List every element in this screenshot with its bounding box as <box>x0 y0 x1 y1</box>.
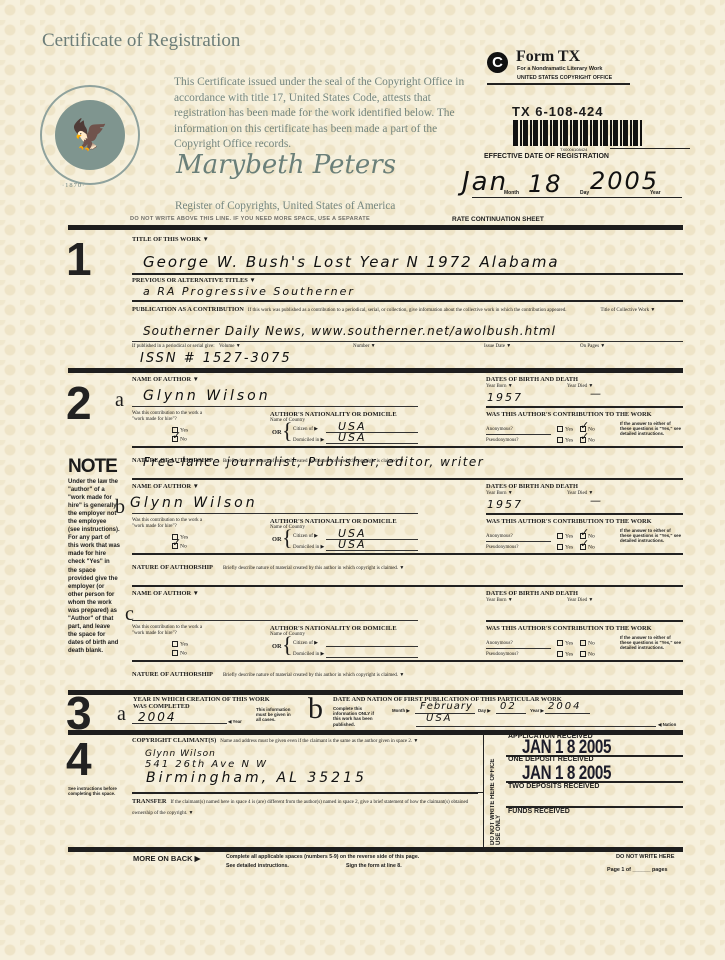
divider <box>132 341 683 342</box>
claimant-city-field[interactable]: Birmingham, AL 35215 <box>146 770 367 786</box>
author-name-field[interactable]: Glynn Wilson <box>130 495 258 511</box>
hire-question: Was this contribution to the work a "wor… <box>132 518 212 530</box>
divider <box>486 513 683 515</box>
anonymous-label: Anonymous? <box>486 427 513 432</box>
periodical-label: If published in a periodical or serial g… <box>132 344 215 349</box>
checkbox-icon <box>172 436 178 442</box>
divider <box>132 585 683 587</box>
year-label: ◀ Year <box>228 719 242 724</box>
claimant-heading: COPYRIGHT CLAIMANT(S) Name and address m… <box>132 734 478 745</box>
divider <box>487 83 630 85</box>
hire-no-checkbox[interactable]: No <box>172 650 187 656</box>
anonymous-label: Anonymous? <box>486 641 513 646</box>
divider <box>486 406 683 408</box>
transfer-heading: TRANSFER If the claimant(s) named here i… <box>132 795 478 817</box>
brace: { <box>282 420 293 442</box>
dates-label: DATES OF BIRTH AND DEATH <box>486 483 578 490</box>
contribution-note: If the answer to either of these questio… <box>620 528 682 544</box>
anonymous-yes-checkbox[interactable]: Yes <box>557 640 573 646</box>
month-label: Month ▶ <box>392 708 410 713</box>
nationality-label: AUTHOR'S NATIONALITY OR DOMICILE <box>270 518 397 525</box>
divider <box>132 723 227 724</box>
anonymous-yes-checkbox[interactable]: Yes <box>557 533 573 539</box>
checkbox-icon <box>580 640 586 646</box>
publication-nation-field[interactable]: USA <box>426 713 453 724</box>
year-label: Year ▶ <box>530 708 544 713</box>
dates-label: DATES OF BIRTH AND DEATH <box>486 590 578 597</box>
note-title: NOTE <box>68 456 117 478</box>
citizen-label: Citizen of ▶ <box>293 426 318 432</box>
or-label: OR <box>272 536 282 543</box>
publication-month-field[interactable]: February <box>420 701 473 712</box>
author-name-label: NAME OF AUTHOR ▼ <box>132 483 199 490</box>
effective-year: 2005 <box>590 167 659 195</box>
nationality-label: AUTHOR'S NATIONALITY OR DOMICILE <box>270 625 397 632</box>
continuation-sheet-note: RATE CONTINUATION SHEET <box>452 216 544 223</box>
divider <box>416 726 656 727</box>
claimant-address-field[interactable]: 541 26th Ave N W <box>145 759 268 770</box>
title-field[interactable]: George W. Bush's Lost Year N 1972 Alabam… <box>143 253 560 271</box>
nature-desc: Briefly describe nature of material crea… <box>223 673 404 678</box>
register-signature: Marybeth Peters <box>176 150 396 180</box>
year-died-label: Year Died ▼ <box>567 598 593 603</box>
hire-no-checkbox[interactable]: No <box>172 543 187 549</box>
registration-number: TX 6-108-424 <box>512 104 604 119</box>
month-label: Month <box>504 190 519 196</box>
publication-desc: If this work was published as a contribu… <box>248 308 567 313</box>
author-name-label: NAME OF AUTHOR ▼ <box>132 376 199 383</box>
publication-day-field[interactable]: 02 <box>500 701 517 712</box>
divider <box>326 550 418 551</box>
checkbox-icon <box>557 437 563 443</box>
year-born-label: Year Born ▼ <box>486 491 513 496</box>
divider <box>326 443 418 444</box>
or-label: OR <box>272 643 282 650</box>
hire-no-checkbox[interactable]: No <box>172 436 187 442</box>
section-3a-letter: a <box>117 703 126 726</box>
contribution-label: WAS THIS AUTHOR'S CONTRIBUTION TO THE WO… <box>486 625 686 632</box>
contribution-note: If the answer to either of these questio… <box>620 421 682 437</box>
pseudonymous-label: Pseudonymous? <box>486 438 519 443</box>
year-died-field[interactable]: — <box>590 387 603 400</box>
claimant-desc: Name and address must be given even if t… <box>220 739 418 744</box>
collective-label: Title of Collective Work ▼ <box>600 308 655 313</box>
domiciled-label: Domiciled in ▶ <box>293 437 324 443</box>
publication-contribution: PUBLICATION AS A CONTRIBUTION If this wo… <box>132 303 683 314</box>
section-4-number: 4 <box>66 736 92 782</box>
publication-note: Complete this information ONLY if this w… <box>333 706 375 727</box>
note-text: Under the law the "author" of a "work ma… <box>68 478 120 655</box>
form-name: Form TX <box>516 48 580 66</box>
hire-question: Was this contribution to the work a "wor… <box>132 411 212 423</box>
section-3b-letter: b <box>308 694 323 724</box>
barcode <box>513 120 643 146</box>
form-office: UNITED STATES COPYRIGHT OFFICE <box>517 75 612 81</box>
eagle-icon: 🦅 <box>55 100 125 170</box>
date-line <box>472 197 682 198</box>
divider <box>132 620 418 621</box>
publication-year-field[interactable]: 2004 <box>548 701 581 712</box>
two-deposits-label: TWO DEPOSITS RECEIVED <box>508 783 599 790</box>
year-died-field[interactable]: — <box>590 494 603 507</box>
divider <box>326 646 418 647</box>
footer-instructions: Complete all applicable spaces (numbers … <box>226 854 419 860</box>
citizen-label: Citizen of ▶ <box>293 533 318 539</box>
divider <box>132 273 683 275</box>
transfer-label: TRANSFER <box>132 798 166 805</box>
publication-label: PUBLICATION AS A CONTRIBUTION <box>132 306 244 313</box>
top-instruction: DO NOT WRITE ABOVE THIS LINE. IF YOU NEE… <box>130 216 370 222</box>
domiciled-label: Domiciled in ▶ <box>293 651 324 657</box>
claimant-label: COPYRIGHT CLAIMANT(S) <box>132 737 216 744</box>
nature-field[interactable]: Free-lance journalist, Publisher, editor… <box>143 455 484 469</box>
checkbox-icon <box>580 437 586 443</box>
hire-yes-checkbox[interactable]: Yes <box>172 641 188 647</box>
day-label: Day <box>580 190 589 196</box>
page-count: Page 1 of ______ pages <box>607 867 668 873</box>
anonymous-no-checkbox[interactable]: No <box>580 640 595 646</box>
brace: { <box>282 634 293 656</box>
certificate-title: Certificate of Registration <box>42 30 240 52</box>
pseudonymous-yes-checkbox[interactable]: Yes <box>557 651 573 657</box>
nature-label: NATURE OF AUTHORSHIP <box>132 671 213 678</box>
contribution-label: WAS THIS AUTHOR'S CONTRIBUTION TO THE WO… <box>486 411 686 418</box>
nationality-label: AUTHOR'S NATIONALITY OR DOMICILE <box>270 411 397 418</box>
pseudonymous-yes-checkbox[interactable]: Yes <box>557 544 573 550</box>
author-letter: b <box>115 496 125 519</box>
divider <box>486 541 551 542</box>
section-divider <box>68 847 683 852</box>
divider <box>486 648 551 649</box>
section-divider <box>68 225 683 230</box>
issn-field[interactable]: ISSN # 1527-3075 <box>140 351 292 366</box>
divider <box>326 657 418 658</box>
or-label: OR <box>272 429 282 436</box>
year-label: Year <box>650 190 661 196</box>
nature-desc: Briefly describe nature of material crea… <box>223 566 404 571</box>
register-title: Register of Copyrights, United States of… <box>175 200 395 212</box>
divider <box>132 553 683 555</box>
transfer-desc: If the claimant(s) named here in space 4… <box>132 800 468 816</box>
author-letter: a <box>115 389 124 412</box>
divider <box>478 792 484 793</box>
divider <box>132 660 683 662</box>
year-born-label: Year Born ▼ <box>486 598 513 603</box>
nature-label: NATURE OF AUTHORSHIP <box>132 564 213 571</box>
year-born-field[interactable]: 1957 <box>487 391 523 404</box>
nature-heading: NATURE OF AUTHORSHIP Briefly describe na… <box>132 556 404 574</box>
one-deposit-label: ONE DEPOSIT RECEIVED <box>508 756 594 763</box>
section-divider <box>68 368 683 373</box>
divider <box>486 620 683 622</box>
pseudonymous-label: Pseudonymous? <box>486 652 519 657</box>
year-info-note: This information must be given in all ca… <box>256 707 294 723</box>
seal-year: ·1870· <box>62 182 85 189</box>
section-divider <box>68 690 683 695</box>
anonymous-yes-checkbox[interactable]: Yes <box>557 426 573 432</box>
section-4-note: See instructions before completing this … <box>68 786 118 796</box>
divider <box>132 792 478 794</box>
number-label: Number ▼ <box>353 344 376 349</box>
year-completed-label: YEAR IN WHICH CREATION OF THIS WORK WAS … <box>133 696 273 710</box>
divider <box>496 713 526 714</box>
volume-label: Volume ▼ <box>219 344 241 349</box>
certificate-statement: This Certificate issued under the seal o… <box>174 75 474 153</box>
checkbox-icon <box>557 533 563 539</box>
anonymous-label: Anonymous? <box>486 534 513 539</box>
author-name-field[interactable]: Glynn Wilson <box>143 388 271 404</box>
effective-day: 18 <box>528 170 563 198</box>
year-born-label: Year Born ▼ <box>486 384 513 389</box>
day-label: Day ▶ <box>478 708 491 713</box>
checkbox-icon <box>172 543 178 549</box>
effective-date-label: EFFECTIVE DATE OF REGISTRATION <box>484 153 609 160</box>
year-born-field[interactable]: 1957 <box>487 498 523 511</box>
contribution-label: WAS THIS AUTHOR'S CONTRIBUTION TO THE WO… <box>486 518 686 525</box>
checkbox-icon <box>172 641 178 647</box>
pseudonymous-no-checkbox[interactable]: No <box>580 651 595 657</box>
barcode-number: TX0006108424 <box>560 147 587 152</box>
divider <box>610 148 690 149</box>
claimant-name-field[interactable]: Glynn Wilson <box>145 750 216 759</box>
divider <box>132 446 683 448</box>
citizen-label: Citizen of ▶ <box>293 640 318 646</box>
hire-question: Was this contribution to the work a "wor… <box>132 625 212 637</box>
previous-titles-field[interactable]: a RA Progressive Southerner <box>143 285 355 298</box>
divider <box>132 478 683 480</box>
footer-detailed: See detailed instructions. <box>226 863 289 869</box>
pseudonymous-yes-checkbox[interactable]: Yes <box>557 437 573 443</box>
title-label: TITLE OF THIS WORK ▼ <box>132 236 209 243</box>
dates-label: DATES OF BIRTH AND DEATH <box>486 376 578 383</box>
do-not-write-here: DO NOT WRITE HERE <box>616 854 674 860</box>
nature-heading: NATURE OF AUTHORSHIP Briefly describe na… <box>132 663 404 681</box>
funds-received-label: FUNDS RECEIVED <box>508 808 570 815</box>
section-1-number: 1 <box>66 236 92 282</box>
checkbox-icon <box>557 426 563 432</box>
checkbox-icon <box>172 650 178 656</box>
divider <box>545 713 590 714</box>
pseudonymous-no-checkbox[interactable]: No <box>580 437 595 443</box>
domiciled-label: Domiciled in ▶ <box>293 544 324 550</box>
divider <box>132 300 683 302</box>
checkbox-icon <box>580 651 586 657</box>
previous-titles-label: PREVIOUS OR ALTERNATIVE TITLES ▼ <box>132 277 256 284</box>
pseudonymous-label: Pseudonymous? <box>486 545 519 550</box>
checkbox-icon <box>580 544 586 550</box>
checkbox-icon <box>557 640 563 646</box>
checkbox-icon <box>557 544 563 550</box>
form-subtitle: For a Nondramatic Literary Work <box>517 66 602 72</box>
author-name-label: NAME OF AUTHOR ▼ <box>132 590 199 597</box>
brace: { <box>282 527 293 549</box>
contribution-note: If the answer to either of these questio… <box>620 635 682 651</box>
office-use-only-label: DO NOT WRITE HERE OFFICE USE ONLY <box>490 755 502 845</box>
more-on-back: MORE ON BACK ▶ <box>133 854 200 863</box>
divider <box>486 434 551 435</box>
pages-label: On Pages ▼ <box>580 344 605 349</box>
effective-month: Jan <box>462 167 508 197</box>
pseudonymous-no-checkbox[interactable]: No <box>580 544 595 550</box>
divider <box>132 513 418 514</box>
issue-date-label: Issue Date ▼ <box>484 344 511 349</box>
nation-label: ◀ Nation <box>658 722 676 727</box>
year-completed-field[interactable]: 2004 <box>138 710 177 724</box>
collective-work-field[interactable]: Southerner Daily News, www.southerner.ne… <box>143 324 556 338</box>
footer-sign-note: Sign the form at line 8. <box>346 863 402 869</box>
vertical-divider <box>483 734 484 848</box>
copyright-logo-icon: C <box>487 52 508 73</box>
divider <box>132 406 418 407</box>
author-letter: c <box>125 603 134 626</box>
section-2-number: 2 <box>66 380 92 426</box>
copyright-office-seal: 🦅 <box>40 85 140 185</box>
checkbox-icon <box>557 651 563 657</box>
